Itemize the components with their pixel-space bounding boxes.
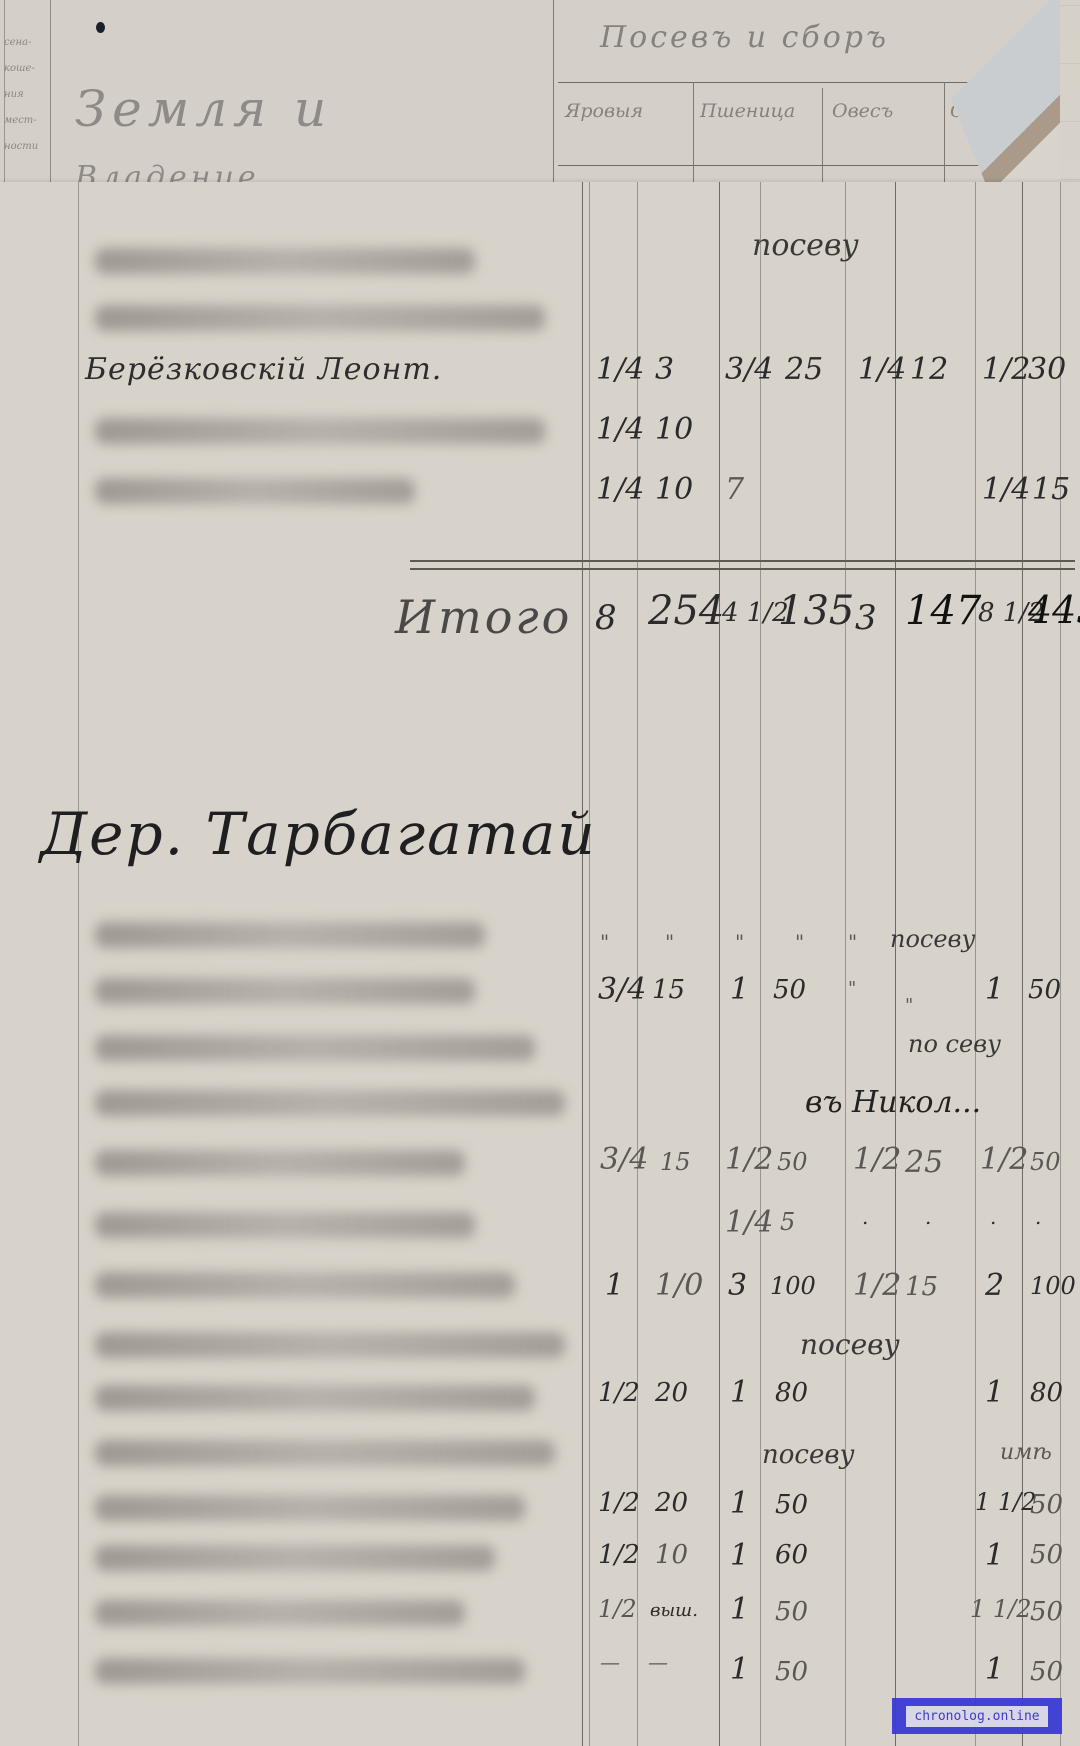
cell: 1/2 bbox=[598, 1378, 640, 1408]
cell: 3 bbox=[728, 1268, 747, 1303]
blurred-name bbox=[95, 978, 475, 1004]
row-note: въ Никол... bbox=[805, 1085, 981, 1120]
cell: 50 bbox=[777, 1148, 808, 1176]
ditto-mark: " bbox=[735, 930, 744, 954]
cell: 15 bbox=[1032, 472, 1070, 507]
blurred-name bbox=[95, 1440, 555, 1466]
cell: 1/2 bbox=[598, 1488, 640, 1518]
blurred-name bbox=[95, 1212, 475, 1238]
blurred-name bbox=[95, 248, 475, 274]
cell: 20 bbox=[655, 1378, 688, 1408]
cell: 1 bbox=[985, 972, 1004, 1007]
cell: 1 bbox=[730, 1375, 749, 1410]
column-rule bbox=[760, 182, 761, 1746]
total-cell: 147 bbox=[905, 588, 981, 634]
cell: 30 bbox=[1028, 352, 1066, 387]
blurred-name bbox=[95, 922, 485, 948]
cell: 50 bbox=[773, 975, 806, 1005]
ditto-mark: " bbox=[848, 978, 856, 999]
cell: 1 bbox=[730, 1652, 749, 1687]
ink-dot bbox=[96, 22, 105, 33]
blurred-name bbox=[95, 1150, 465, 1176]
cell: 50 bbox=[1030, 1540, 1063, 1570]
cell: 25 bbox=[905, 1145, 943, 1180]
blurred-name bbox=[95, 1090, 565, 1116]
cell: 1/0 bbox=[655, 1268, 703, 1303]
column-divider bbox=[944, 82, 945, 182]
column-divider bbox=[693, 82, 694, 182]
cell: 1/2 bbox=[853, 1268, 901, 1303]
column-divider bbox=[553, 0, 554, 185]
cell: 3/4 bbox=[600, 1142, 648, 1177]
total-cell: 8 bbox=[595, 598, 617, 638]
cell: 12 bbox=[910, 352, 948, 387]
cell: выш. bbox=[650, 1600, 698, 1621]
total-cell: 254 bbox=[648, 588, 724, 634]
cell: 10 bbox=[655, 472, 693, 507]
cell: 1/2 bbox=[980, 1142, 1028, 1177]
ledger-page: сена- коше- ния мест- ности Земля и Влад… bbox=[0, 0, 1080, 1746]
cell: 1/2 bbox=[853, 1142, 901, 1177]
cell: 1/2 bbox=[598, 1540, 640, 1570]
row-note: по севу bbox=[908, 1030, 1001, 1058]
sub-header: Овесъ bbox=[832, 100, 893, 122]
cell: 10 bbox=[655, 1540, 688, 1570]
cell: 1 bbox=[730, 1592, 749, 1627]
annotation-posevu: посеву bbox=[752, 228, 859, 263]
cell: 50 bbox=[1028, 975, 1061, 1005]
blurred-name bbox=[95, 478, 415, 504]
cell: 3/4 bbox=[725, 352, 773, 387]
cell: 1/4 bbox=[596, 352, 644, 387]
total-cell: 3 bbox=[855, 598, 877, 638]
cell: 10 bbox=[655, 412, 693, 447]
cell: 1/4 bbox=[982, 472, 1030, 507]
cell: 5 bbox=[780, 1208, 795, 1236]
row-note: посеву bbox=[800, 1328, 900, 1361]
total-double-rule bbox=[410, 560, 1075, 570]
blurred-name bbox=[95, 305, 545, 331]
person-name: Берёзковскій Леонт. bbox=[85, 352, 442, 387]
ditto-mark: " bbox=[795, 930, 804, 954]
cell: 50 bbox=[1030, 1490, 1063, 1520]
sub-header: Пшеница bbox=[700, 100, 795, 122]
cell: 1/4 bbox=[725, 1205, 773, 1240]
cell: 1 1/2 bbox=[975, 1488, 1037, 1516]
blurred-name bbox=[95, 1600, 465, 1626]
underlying-sheet: сена- коше- ния мест- ности Земля и Влад… bbox=[0, 0, 1060, 186]
blurred-name bbox=[95, 1545, 495, 1571]
cell: 1/4 bbox=[858, 352, 906, 387]
cell: 50 bbox=[775, 1490, 808, 1520]
village-title: Дер. Тарбагатай bbox=[40, 800, 597, 868]
cell: 50 bbox=[775, 1597, 808, 1627]
ditto-mark: " bbox=[905, 995, 913, 1016]
ditto-mark: " bbox=[600, 930, 609, 954]
column-divider bbox=[822, 88, 823, 183]
cell: 1 bbox=[730, 1538, 749, 1573]
cell: 50 bbox=[775, 1657, 808, 1687]
column-rule bbox=[589, 182, 590, 1746]
cell: 80 bbox=[1030, 1378, 1063, 1408]
total-cell: 135 bbox=[778, 588, 854, 634]
cell: 7 bbox=[725, 472, 744, 507]
cell: 25 bbox=[785, 352, 823, 387]
cell: . bbox=[990, 1205, 996, 1229]
row-note: посеву bbox=[890, 925, 975, 953]
cell: 15 bbox=[905, 1272, 938, 1302]
cell: 100 bbox=[770, 1272, 816, 1300]
cell: 1/4 bbox=[596, 472, 644, 507]
cell: . bbox=[1035, 1205, 1041, 1229]
cell: 1/2 bbox=[982, 352, 1030, 387]
cell: 1 bbox=[730, 972, 749, 1007]
cell: — bbox=[648, 1650, 668, 1674]
cell: 1/4 bbox=[596, 412, 644, 447]
cell: 1/2 bbox=[725, 1142, 773, 1177]
cell: 3 bbox=[655, 352, 674, 387]
margin-rule bbox=[50, 0, 51, 185]
row-note: имѣ bbox=[1000, 1440, 1052, 1465]
cell: 1/2 bbox=[598, 1595, 637, 1623]
column-rule bbox=[895, 182, 896, 1746]
cell: 50 bbox=[1030, 1148, 1061, 1176]
cell: 3/4 bbox=[598, 972, 646, 1007]
header-rule bbox=[558, 165, 1038, 166]
column-rule bbox=[582, 182, 583, 1746]
under-sheet-title: Земля и bbox=[75, 80, 332, 138]
blurred-name bbox=[95, 1495, 525, 1521]
watermark-badge: chronolog.online bbox=[892, 1698, 1062, 1734]
cell: 20 bbox=[655, 1488, 688, 1518]
blurred-name bbox=[95, 1272, 515, 1298]
ditto-mark: " bbox=[848, 930, 857, 954]
cell: 1 bbox=[985, 1375, 1004, 1410]
blurred-name bbox=[95, 418, 545, 444]
sub-header: Яровыя bbox=[565, 100, 643, 122]
cell: 50 bbox=[1030, 1657, 1063, 1687]
total-cell: 445 bbox=[1028, 588, 1080, 632]
cell: 100 bbox=[1030, 1272, 1076, 1300]
cell: 15 bbox=[652, 975, 685, 1005]
cell: 1 bbox=[730, 1486, 749, 1521]
torn-page-corner bbox=[910, 0, 1060, 200]
total-label: Итого bbox=[395, 590, 572, 644]
cell: 15 bbox=[660, 1148, 691, 1176]
cell: 1 bbox=[985, 1652, 1004, 1687]
cell: 80 bbox=[775, 1378, 808, 1408]
margin-note: сена- коше- ния мест- ности bbox=[4, 30, 50, 160]
cell: . bbox=[862, 1205, 868, 1229]
blurred-name bbox=[95, 1035, 535, 1061]
cell: 50 bbox=[1030, 1597, 1063, 1627]
blurred-name bbox=[95, 1658, 525, 1684]
cell: 1 bbox=[985, 1538, 1004, 1573]
cell: . bbox=[925, 1205, 931, 1229]
ditto-mark: " bbox=[665, 930, 674, 954]
row-note: посеву bbox=[762, 1440, 855, 1470]
name-column-rule bbox=[78, 182, 79, 1746]
column-group-header: Посевъ и сборъ bbox=[600, 20, 889, 55]
column-rule bbox=[719, 182, 720, 1746]
cell: — bbox=[600, 1650, 620, 1674]
blurred-name bbox=[95, 1385, 535, 1411]
cell: 1 bbox=[605, 1268, 624, 1303]
cell: 2 bbox=[985, 1268, 1004, 1303]
cell: 1 1/2 bbox=[970, 1595, 1032, 1623]
cell: 60 bbox=[775, 1540, 808, 1570]
blurred-name bbox=[95, 1332, 565, 1358]
column-rule bbox=[845, 182, 846, 1746]
watermark-text: chronolog.online bbox=[906, 1706, 1047, 1727]
